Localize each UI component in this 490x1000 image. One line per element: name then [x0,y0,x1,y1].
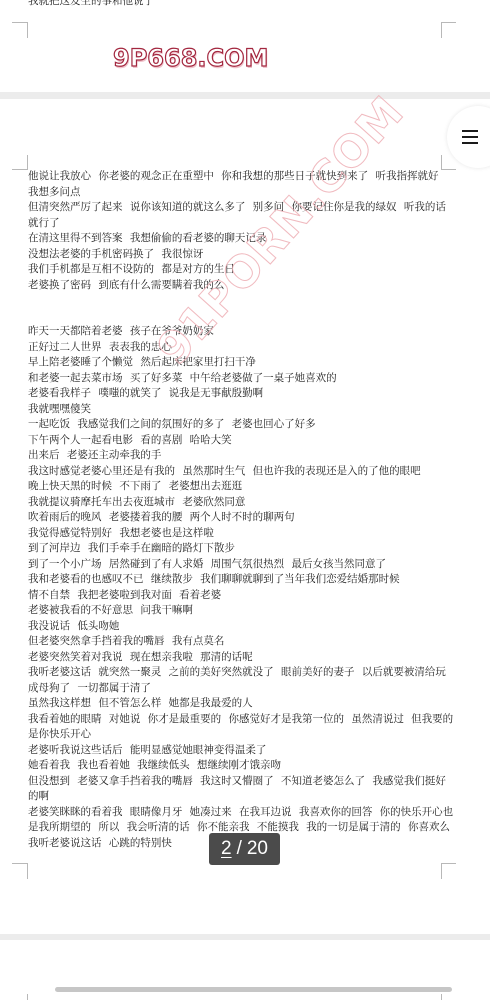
document-page-1: 我就把这发生的事和他说了 9P668.COM [0,0,490,92]
page-1-text: 我就把这发生的事和他说了 [28,0,448,10]
text-line: 他说让我放心 你老婆的观念正在重塑中 你和我想的那些日子就快到来了 听我指挥就好 [28,169,448,185]
text-line: 老婆听我说这些话后 能明显感觉她眼神变得温柔了 [28,743,448,759]
text-line: 一起吃饭 我感觉我们之间的氛围好的多了 老婆也回心了好多 [28,417,448,433]
text-line: 我没说话 低头吻她 [28,619,448,635]
text-line: 是你快乐开心 [28,727,448,743]
text-line: 虽然我这样想 但不管怎么样 她都是我最爱的人 [28,696,448,712]
text-line: 我和老婆看的也感叹不已 继续散步 我们聊聊就聊到了当年我们恋爱结婚那时候 [28,572,448,588]
margin-corner-mark [12,155,28,170]
text-line: 我看着她的眼睛 对她说 你才是最重要的 你感觉好才是我第一位的 虽然清说过 但我… [28,712,448,728]
margin-corner-mark [12,22,28,38]
text-line: 我想多问点 [28,185,448,201]
text-line: 到了一个小广场 居然碰到了有人求婚 周围气氛很热烈 最后女孩当然同意了 [28,557,448,573]
text-line: 我就提议骑摩托车出去夜逛城市 老婆欣然同意 [28,495,448,511]
ad-logo: 9P668.COM [113,44,268,72]
text-line: 早上陪老婆睡了个懒觉 然后起床把家里打扫干净 [28,355,448,371]
page-2-text: 他说让我放心 你老婆的观念正在重塑中 你和我想的那些日子就快到来了 听我指挥就好… [28,169,448,851]
text-line: 的啊 [28,789,448,805]
page-separator: / [237,838,242,860]
text-line: 我就把这发生的事和他说了 [28,0,448,10]
page-indicator: 2 / 20 [209,833,280,865]
text-line: 到了河岸边 我们手牵手在幽暗的路灯下散步 [28,541,448,557]
horizontal-scrollbar[interactable] [55,987,452,992]
margin-corner-mark [12,994,28,1000]
margin-corner-mark [441,994,456,1000]
text-line: 晚上快天黑的时候 不下雨了 老婆想出去逛逛 [28,479,448,495]
text-line: 下午两个人一起看电影 看的喜剧 哈哈大笑 [28,433,448,449]
text-line: 她看着我 我也看着她 我继续低头 想继续刚才饿亲吻 [28,758,448,774]
text-line: 和老婆一起去菜市场 买了好多菜 中午给老婆做了一桌子她喜欢的 [28,371,448,387]
text-line: 我听老婆这话 就突然一聚灵 之前的美好突然就没了 眼前美好的妻子 以后就要被清给… [28,665,448,681]
text-line: 老婆笑眯眯的看着我 眼睛像月牙 她凑过来 在我耳边说 我喜欢你的回答 你的快乐开… [28,805,448,821]
current-page[interactable]: 2 [221,838,232,860]
text-line: 我觉得感觉特别好 我想老婆也是这样啦 [28,526,448,542]
text-line: 但老婆突然拿手挡着我的嘴唇 我有点莫名 [28,634,448,650]
margin-corner-mark [441,863,456,879]
page-gap [0,92,490,99]
margin-corner-mark [12,863,28,879]
text-line: 我就嘿嘿傻笑 [28,402,448,418]
text-line: 老婆被我看的不好意思 问我干嘛啊 [28,603,448,619]
text-line: 就行了 [28,216,448,232]
text-line: 没想法老婆的手机密码换了 我很惊讶 [28,247,448,263]
text-line: 但清突然严厉了起来 说你该知道的就这么多了 别多问 你要记住你是我的绿奴 听我的… [28,200,448,216]
text-line: 情不自禁 我把老婆啦到我对面 看着老婆 [28,588,448,604]
text-line: 成母狗了 一切都属于清了 [28,681,448,697]
text-line: 昨天一天都陪着老婆 孩子在爷爷奶奶家 [28,324,448,340]
text-line: 正好过二人世界 表表我的忠心 [28,340,448,356]
blank-line [28,293,448,309]
text-line: 我们手机都是互相不设防的 都是对方的生日 [28,262,448,278]
text-line: 老婆换了密码 到底有什么需要瞒着我的么 [28,278,448,294]
text-line: 我这时感觉老婆心里还是有我的 虽然那时生气 但也许我的表现还是入的了他的眼吧 [28,464,448,480]
text-line: 老婆看我样子 噗嗤的就笑了 说我是无事献殷勤啊 [28,386,448,402]
blank-line [28,309,448,325]
text-line: 吹着雨后的晚风 老婆搂着我的腰 两个人时不时的聊两句 [28,510,448,526]
text-line: 但没想到 老婆又拿手挡着我的嘴唇 我这时又懵圈了 不知道老婆怎么了 我感觉我们挺… [28,774,448,790]
text-line: 在清这里得不到答案 我想偷偷的看老婆的聊天记录 [28,231,448,247]
margin-corner-mark [441,22,456,38]
text-line: 出来后 老婆还主动牵我的手 [28,448,448,464]
text-line: 老婆突然笑着对我说 现在想亲我啦 那清的话呢 [28,650,448,666]
total-pages: 20 [247,838,268,860]
